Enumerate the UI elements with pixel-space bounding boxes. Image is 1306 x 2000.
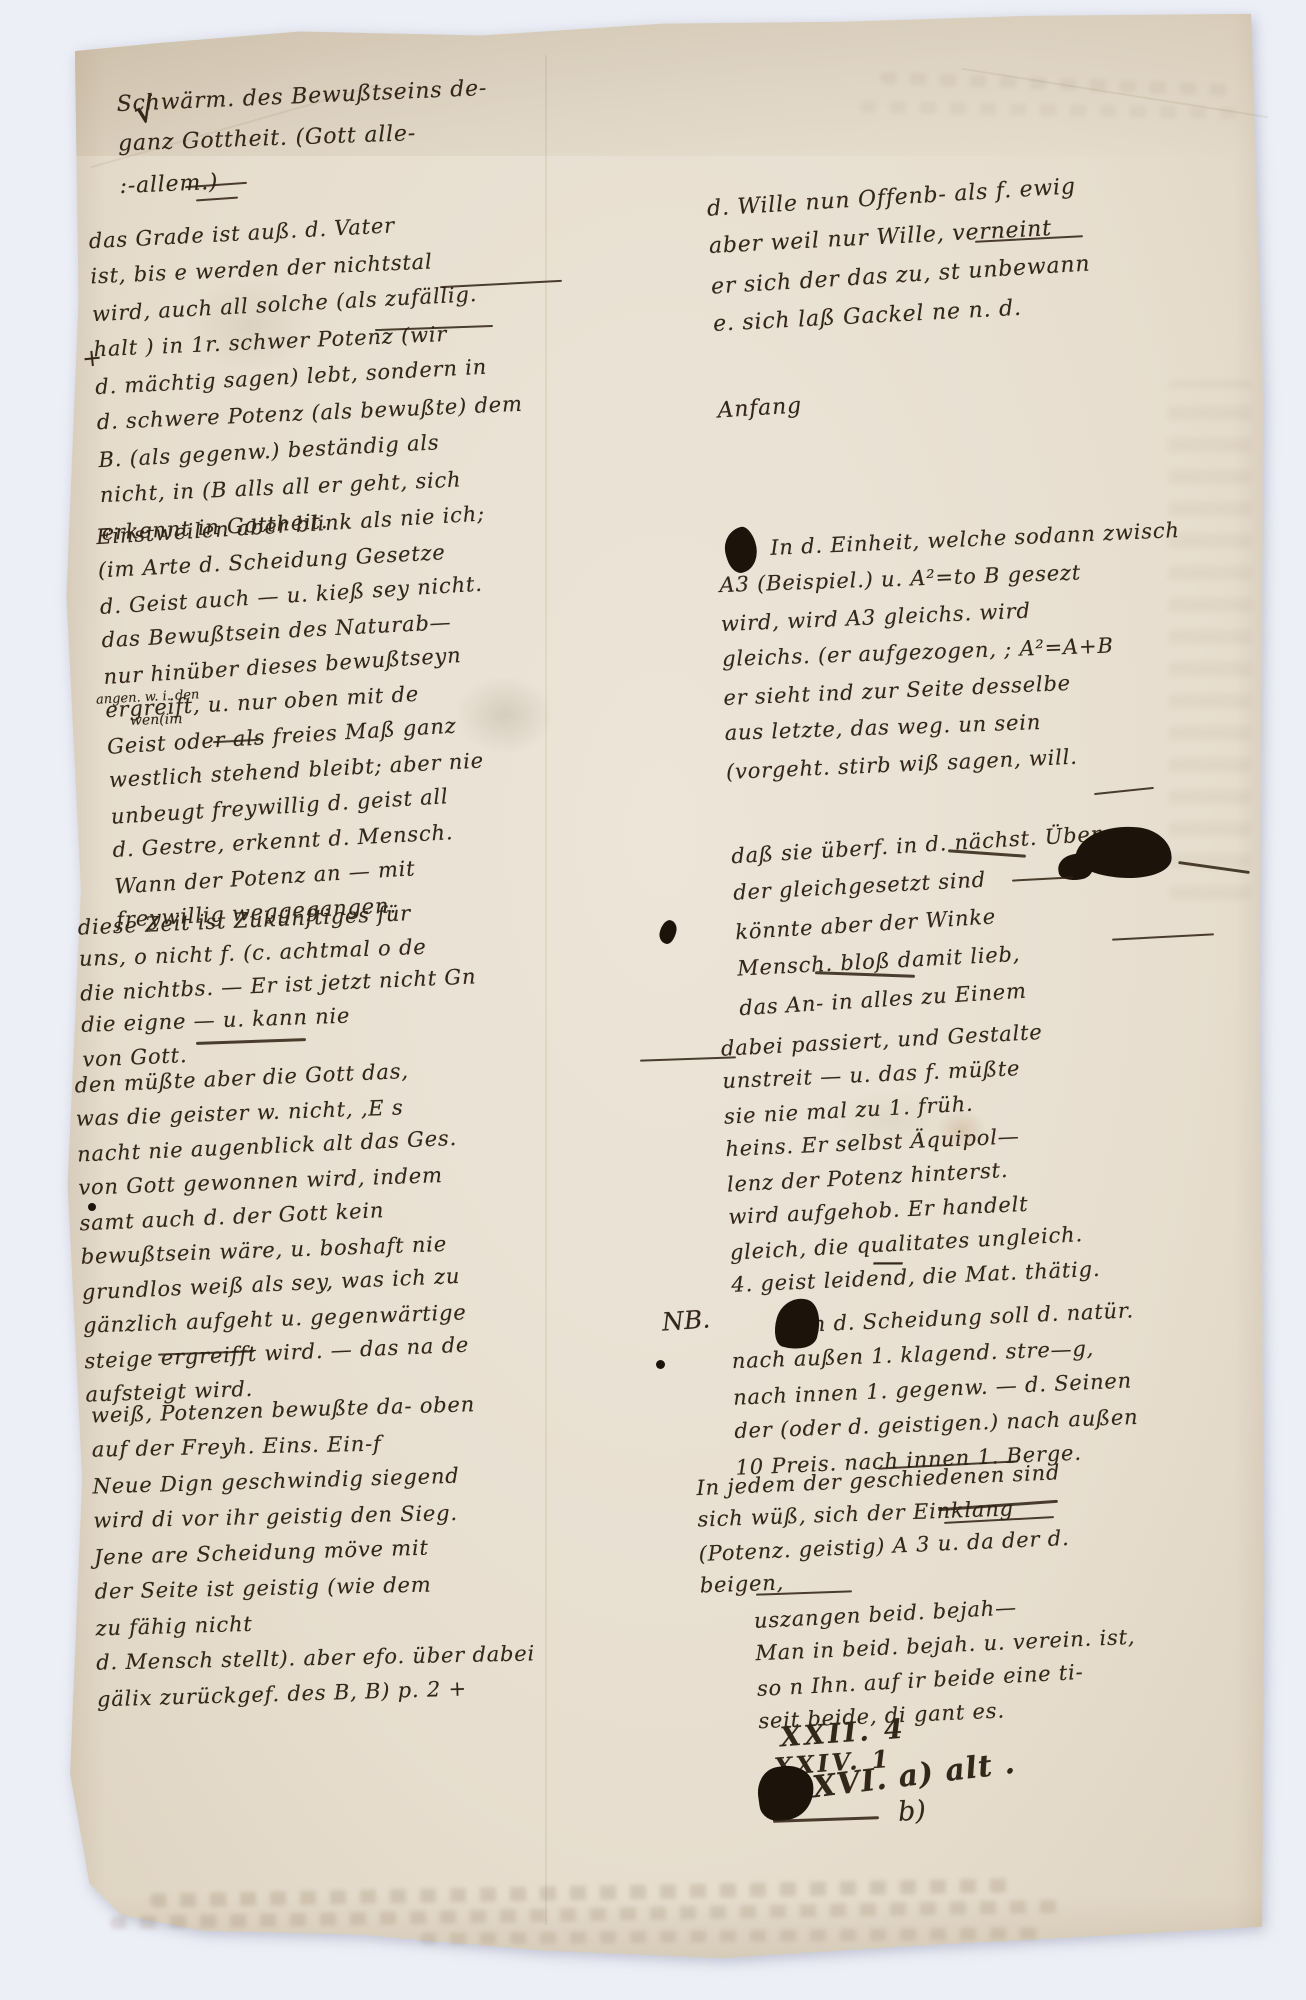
reference-numeral: b) xyxy=(897,1795,926,1827)
ink-blot xyxy=(88,1203,96,1211)
paragraph-block: In jedem der geschiedenen sindsich wüß, … xyxy=(696,1458,1071,1603)
paragraph-block: dabei passiert, und Gestalteunstreit — u… xyxy=(720,1014,1101,1302)
paragraph-block: diese Zeit ist Zukünftiges füruns, o nic… xyxy=(77,896,479,1075)
document-scan: Schwärm. des Bewußtseins de-ganz Gotthei… xyxy=(0,0,1306,2000)
nota-bene-label: NB. xyxy=(661,1304,711,1336)
paragraph-block: d. Wille nun Offenb- als f. ewigaber wei… xyxy=(706,168,1098,429)
paragraph-block: uszangen beid. bejah—Man in beid. bejah.… xyxy=(753,1586,1139,1738)
paragraph-block: In d. Einheit, welche sodann zwischA3 (B… xyxy=(718,514,1189,789)
section-divider-dash: — xyxy=(872,1242,902,1280)
paragraph-block: den müßte aber die Gott das,was die geis… xyxy=(74,1053,471,1411)
fold-crease-vertical xyxy=(545,55,547,1925)
paragraph-block: daß sie überf. in d. nächst. Überder gle… xyxy=(730,816,1110,1025)
paper-right-shading xyxy=(1234,6,1268,1970)
ink-blot xyxy=(656,1360,665,1369)
margin-note: wen(im xyxy=(130,711,183,729)
paragraph-block: weiß, Potenzen bewußte da- obenauf der F… xyxy=(91,1387,536,1716)
paragraph-block: Schwärm. des Bewußtseins de-ganz Gotthei… xyxy=(116,70,491,206)
margin-plus-mark: + xyxy=(81,343,104,373)
